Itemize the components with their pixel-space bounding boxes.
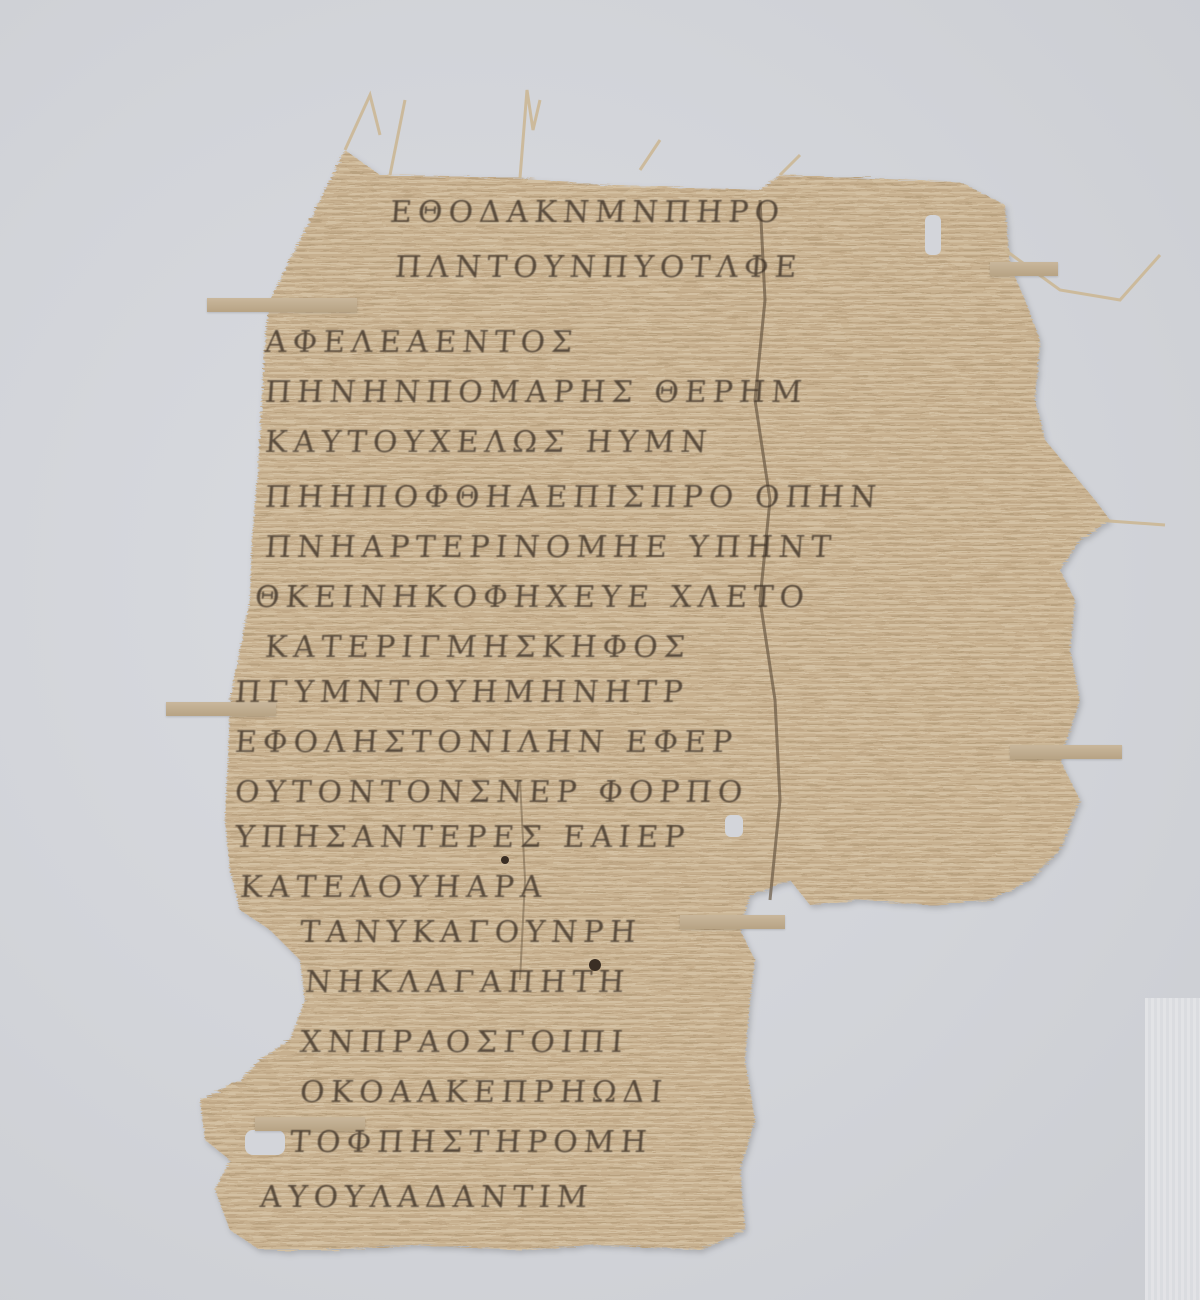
mount-strip — [166, 702, 276, 716]
mount-strip — [990, 262, 1058, 276]
papyrus-fragment — [0, 0, 1200, 1300]
mount-strip — [207, 298, 357, 312]
mount-strip — [1010, 745, 1122, 759]
mount-strip — [680, 915, 785, 929]
mount-strip — [255, 1117, 365, 1131]
